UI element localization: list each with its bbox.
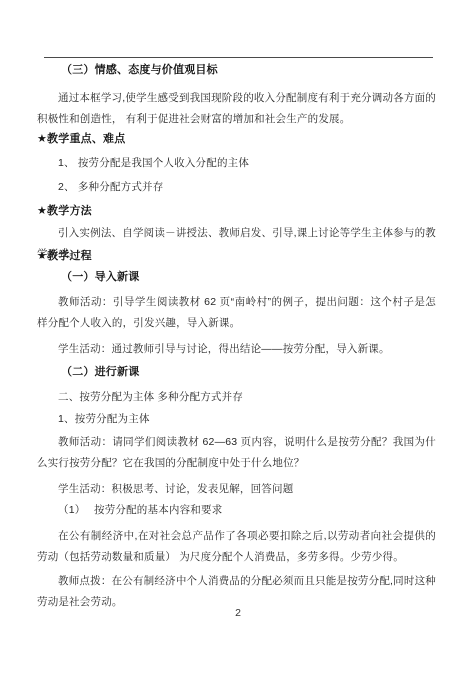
paragraph-student-activity-lead-in: 学生活动：通过教师引导与讨论，得出结论——按劳分配，导入新课。 <box>37 339 436 360</box>
paragraph-teacher-activity-reading: 教师活动：请同学们阅读教材 62—63 页内容，说明什么是按劳分配？我国为什么实… <box>37 432 436 474</box>
paragraph-affective-goals-body: 通过本框学习,使学生感受到我国现阶段的收入分配制度有利于充分调动各方面的积极性和… <box>37 88 436 130</box>
paragraph-item-1-basic-content-heading: （1） 按劳分配的基本内容和要求 <box>37 500 436 521</box>
document-page: （三）情感、态度与价值观目标 通过本框学习,使学生感受到我国现阶段的收入分配制度… <box>0 0 476 673</box>
subheading-proceed-new-lesson: （二）进行新课 <box>37 362 436 383</box>
page-number: 2 <box>0 607 476 619</box>
section-heading-affective-goals: （三）情感、态度与价值观目标 <box>37 60 436 81</box>
list-item-key-point-2: 2、 多种分配方式并存 <box>37 177 436 198</box>
header-rule <box>44 57 433 58</box>
paragraph-teacher-activity-lead-in: 教师活动：引导学生阅读教材 62 页“南岭村”的例子，提出问题：这个村子是怎样分… <box>37 292 436 334</box>
list-item-key-point-1: 1、 按劳分配是我国个人收入分配的主体 <box>37 153 436 174</box>
heading-teaching-key-difficult-points: ★教学重点、难点 <box>37 129 436 150</box>
heading-teaching-methods: ★教学方法 <box>37 201 436 222</box>
paragraph-student-activity-discussion: 学生活动：积极思考、讨论，发表见解，回答问题 <box>37 479 436 500</box>
heading-teaching-process: ★教学过程 <box>37 246 436 267</box>
paragraph-lesson-topic-title: 二、按劳分配为主体 多种分配方式并存 <box>37 387 436 408</box>
paragraph-distribution-by-labor-definition: 在公有制经济中,在对社会总产品作了各项必要扣除之后,以劳动者向社会提供的劳动（包… <box>37 526 436 568</box>
subheading-lead-in-new-lesson: （一）导入新课 <box>37 267 436 288</box>
paragraph-point-1-distribution-by-labor: 1、按劳分配为主体 <box>37 409 436 430</box>
